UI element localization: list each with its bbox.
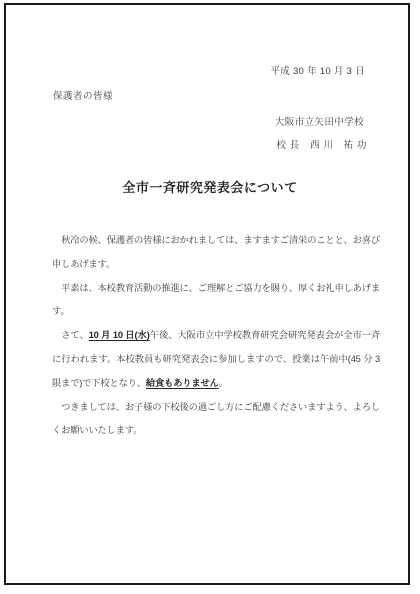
paragraph: つきましては、お子様の下校後の過ごし方にご配慮くださいますよう、よろしくお願いい… [52, 396, 380, 444]
paragraph: さて、10 月 10 日(水)午後、大阪市立中学校教育研究会研究発表会が全市一斉… [52, 324, 380, 395]
body-text: 平素は、本校教育活動の推進に、ご理解とご協力を賜り、厚くお礼申しあげます。 [52, 283, 380, 317]
letter-body: 秋冷の候、保護者の皆様におかれましては、ますますご清栄のことと、お喜び申しあげま… [52, 229, 380, 443]
body-text: 。 [219, 378, 228, 388]
body-text: さて、 [52, 330, 89, 340]
sender-principal: 校 長 西 川 祐 功 [276, 137, 367, 151]
body-text: つきましては、お子様の下校後の過ごし方にご配慮くださいますよう、よろしくお願いい… [52, 402, 380, 436]
paragraph: 秋冷の候、保護者の皆様におかれましては、ますますご清栄のことと、お喜び申しあげま… [52, 229, 380, 277]
paragraph: 平素は、本校教育活動の推進に、ご理解とご協力を賜り、厚くお礼申しあげます。 [52, 277, 380, 325]
date-line: 平成 30 年 10 月 3 日 [270, 63, 365, 77]
letter-title: 全市一斉研究発表会について [0, 177, 420, 196]
letter-page: { "document": { "date": "平成 30 年 10 月 3 … [0, 0, 420, 594]
emphasized-text: 10 月 10 日(水) [89, 330, 150, 340]
sender-school: 大阪市立矢田中学校 [275, 114, 364, 128]
emphasized-text: 給食もありません [146, 378, 219, 388]
recipient-line: 保護者の皆様 [53, 88, 113, 102]
body-text: 秋冷の候、保護者の皆様におかれましては、ますますご清栄のことと、お喜び申しあげま… [52, 235, 380, 269]
